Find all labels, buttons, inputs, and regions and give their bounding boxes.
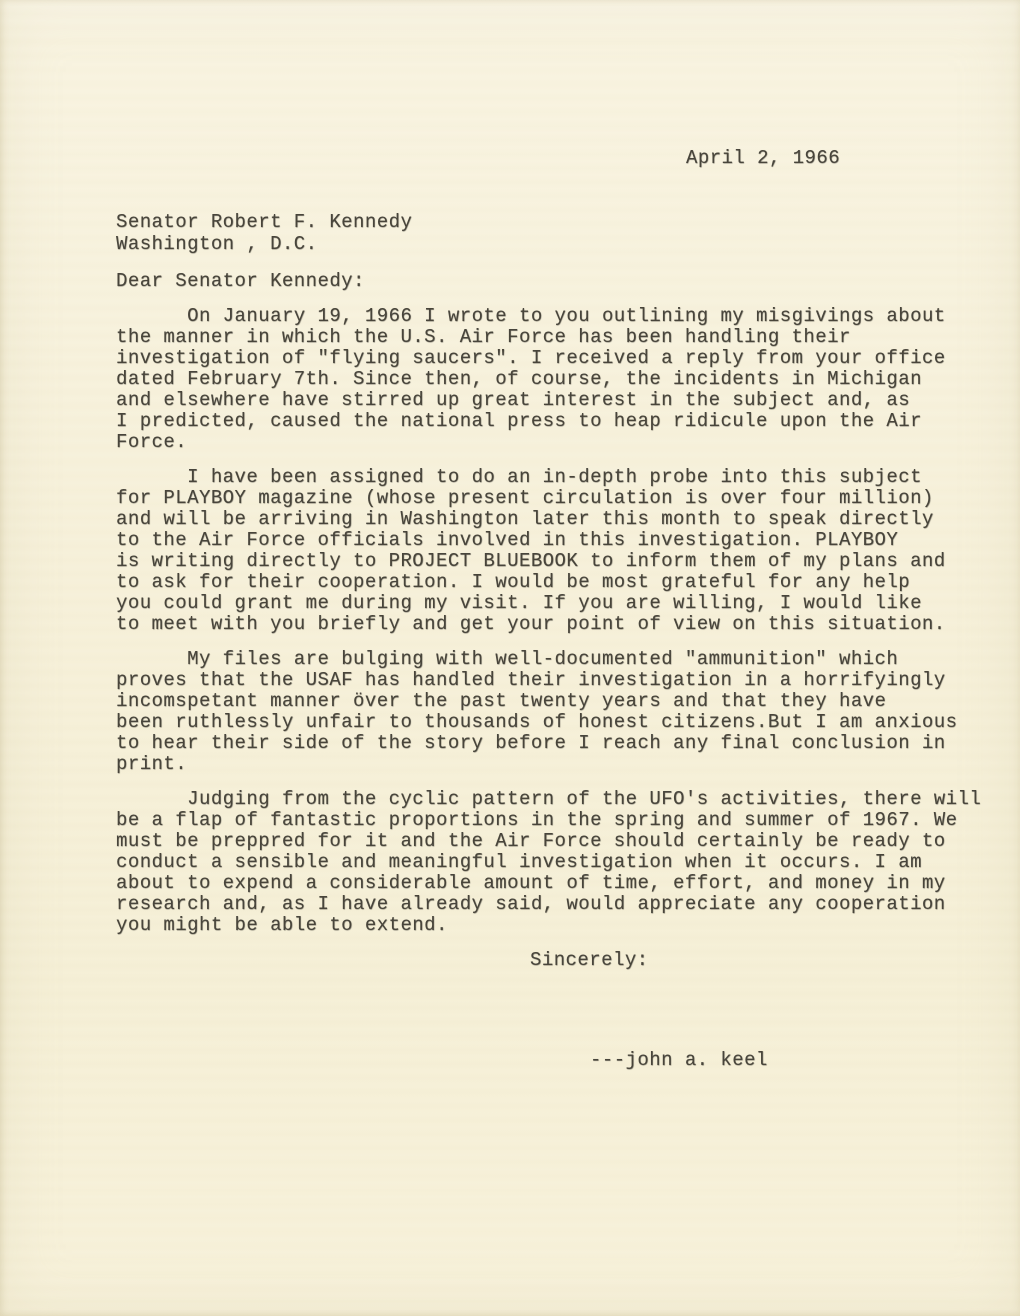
signature: ---john a. keel: [590, 1050, 768, 1071]
paragraph-4: Judging from the cyclic pattern of the U…: [116, 789, 1020, 936]
letter-date: April 2, 1966: [686, 148, 840, 169]
paragraph-2: I have been assigned to do an in-depth p…: [116, 467, 1020, 635]
recipient-city: Washington , D.C.: [116, 233, 412, 255]
recipient-name: Senator Robert F. Kennedy: [116, 211, 412, 233]
paragraph-1: On January 19, 1966 I wrote to you outli…: [116, 306, 1020, 453]
letter-page: April 2, 1966 Senator Robert F. Kennedy …: [0, 0, 1020, 1316]
closing: Sincerely:: [530, 950, 649, 971]
salutation: Dear Senator Kennedy:: [116, 271, 365, 292]
recipient-address: Senator Robert F. Kennedy Washington , D…: [116, 211, 412, 255]
letter-body: On January 19, 1966 I wrote to you outli…: [116, 306, 1020, 950]
paragraph-3: My files are bulging with well-documente…: [116, 649, 1020, 775]
